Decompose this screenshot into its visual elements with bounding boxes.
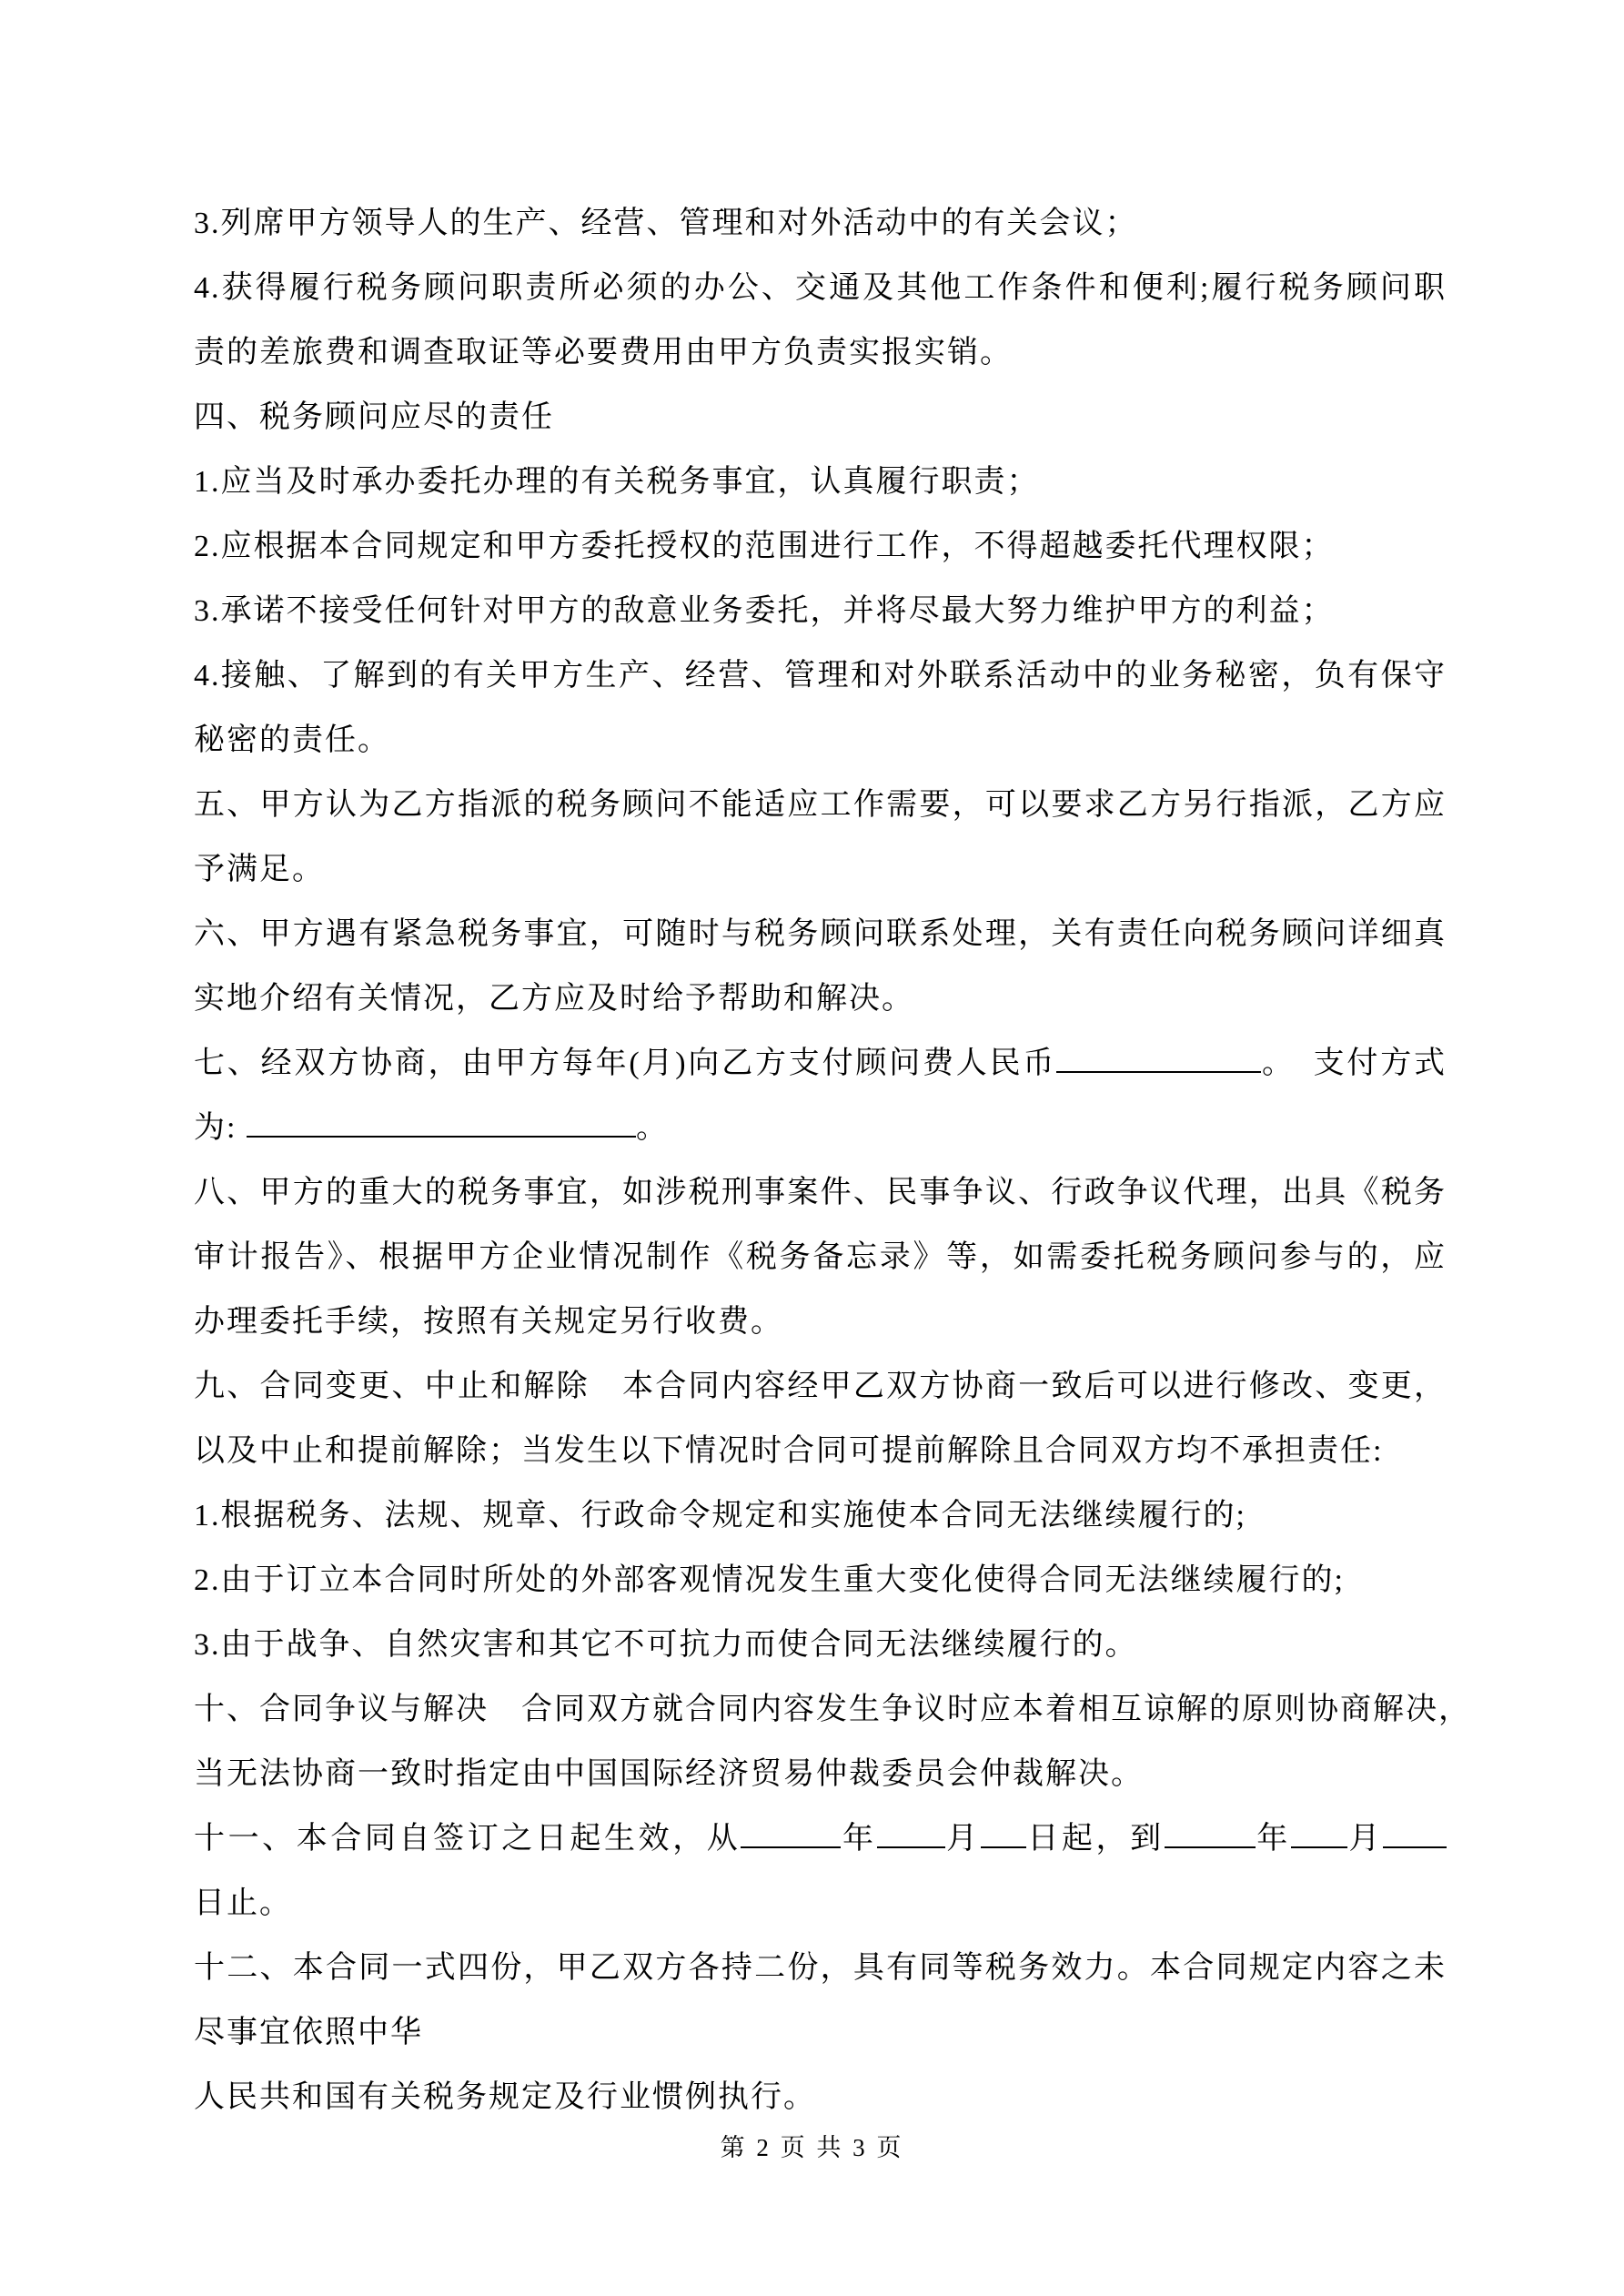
- contract-line: 1.根据税务、法规、规章、行政命令规定和实施使本合同无法继续履行的;: [194, 1483, 1447, 1548]
- contract-line: 1.应当及时承办委托办理的有关税务事宜，认真履行职责；: [194, 450, 1447, 514]
- text-run: 4.获得履行税务顾问职责所必须的办公、交通及其他工作条件和便利;履行税务顾问职: [194, 271, 1447, 305]
- text-run: 审计报告》、根据甲方企业情况制作《税务备忘录》等，如需委托税务顾问参与的，应: [194, 1240, 1447, 1274]
- text-run: 日止。: [194, 1886, 292, 1920]
- text-run: 月: [1347, 1822, 1383, 1856]
- text-run: 人民共和国有关税务规定及行业惯例执行。: [194, 2080, 816, 2114]
- contract-line: 五、甲方认为乙方指派的税务顾问不能适应工作需要，可以要求乙方另行指派，乙方应: [194, 773, 1447, 837]
- text-run: 年: [841, 1822, 876, 1856]
- page-number-footer: 第 2 页 共 3 页: [0, 2128, 1624, 2163]
- contract-page: { "page": { "background": "#ffffff", "te…: [0, 0, 1624, 2296]
- contract-line: 办理委托手续，按照有关规定另行收费。: [194, 1290, 1447, 1354]
- text-run: 。 支付方式: [1261, 1047, 1447, 1080]
- text-run: 五、甲方认为乙方指派的税务顾问不能适应工作需要，可以要求乙方另行指派，乙方应: [194, 788, 1447, 822]
- contract-line: 九、合同变更、中止和解除 本合同内容经甲乙双方协商一致后可以进行修改、变更，: [194, 1354, 1447, 1419]
- contract-line: 2.应根据本合同规定和甲方委托授权的范围进行工作，不得超越委托代理权限；: [194, 514, 1447, 579]
- contract-line: 七、经双方协商，由甲方每年(月)向乙方支付顾问费人民币。 支付方式: [194, 1031, 1447, 1096]
- contract-line: 六、甲方遇有紧急税务事宜，可随时与税务顾问联系处理，关有责任向税务顾问详细真: [194, 902, 1447, 966]
- contract-line: 予满足。: [194, 837, 1447, 902]
- contract-line: 八、甲方的重大的税务事宜，如涉税刑事案件、民事争议、行政争议代理，出具《税务: [194, 1160, 1447, 1225]
- contract-line: 4.接触、了解到的有关甲方生产、经营、管理和对外联系活动中的业务秘密，负有保守: [194, 643, 1447, 708]
- contract-line: 实地介绍有关情况，乙方应及时给予帮助和解决。: [194, 966, 1447, 1031]
- contract-line: 人民共和国有关税务规定及行业惯例执行。: [194, 2065, 1447, 2129]
- text-run: 尽事宜依照中华: [194, 2016, 423, 2049]
- blank-field: [1383, 1817, 1447, 1848]
- text-run: 3.列席甲方领导人的生产、经营、管理和对外活动中的有关会议；: [194, 207, 1138, 240]
- text-run: 为:: [194, 1111, 247, 1145]
- text-run: 十二、本合同一式四份，甲乙双方各持二份，具有同等税务效力。本合同规定内容之未: [194, 1951, 1447, 1985]
- blank-field: [247, 1107, 636, 1138]
- contract-line: 十一、本合同自签订之日起生效，从年月日起，到年月: [194, 1806, 1447, 1871]
- text-run: 月: [945, 1822, 981, 1856]
- contract-line: 3.由于战争、自然灾害和其它不可抗力而使合同无法继续履行的。: [194, 1613, 1447, 1677]
- contract-line: 尽事宜依照中华: [194, 2000, 1447, 2065]
- contract-line: 为: 。: [194, 1096, 1447, 1160]
- text-run: 十、合同争议与解决 合同双方就合同内容发生争议时应本着相互谅解的原则协商解决，: [194, 1693, 1471, 1726]
- text-run: 1.应当及时承办委托办理的有关税务事宜，认真履行职责；: [194, 465, 1040, 499]
- text-run: 以及中止和提前解除；当发生以下情况时合同可提前解除且合同双方均不承担责任:: [194, 1434, 1383, 1468]
- text-run: 3.由于战争、自然灾害和其它不可抗力而使合同无法继续履行的。: [194, 1628, 1138, 1662]
- text-run: 予满足。: [194, 853, 325, 886]
- text-run: 十一、本合同自签订之日起生效，从: [194, 1822, 741, 1856]
- contract-line: 十二、本合同一式四份，甲乙双方各持二份，具有同等税务效力。本合同规定内容之未: [194, 1936, 1447, 2000]
- blank-field: [1056, 1042, 1261, 1073]
- text-run: 2.由于订立本合同时所处的外部客观情况发生重大变化使得合同无法继续履行的;: [194, 1563, 1345, 1597]
- contract-line: 秘密的责任。: [194, 708, 1447, 773]
- contract-line: 3.列席甲方领导人的生产、经营、管理和对外活动中的有关会议；: [194, 191, 1447, 256]
- blank-field: [1291, 1817, 1347, 1848]
- text-run: 八、甲方的重大的税务事宜，如涉税刑事案件、民事争议、行政争议代理，出具《税务: [194, 1176, 1447, 1209]
- text-run: 当无法协商一致时指定由中国国际经济贸易仲裁委员会仲裁解决。: [194, 1757, 1144, 1791]
- text-run: 责的差旅费和调查取证等必要费用由甲方负责实报实销。: [194, 336, 1013, 369]
- contract-line: 4.获得履行税务顾问职责所必须的办公、交通及其他工作条件和便利;履行税务顾问职: [194, 256, 1447, 320]
- text-run: 秘密的责任。: [194, 723, 390, 757]
- text-run: 六、甲方遇有紧急税务事宜，可随时与税务顾问联系处理，关有责任向税务顾问详细真: [194, 917, 1447, 951]
- text-run: 九、合同变更、中止和解除 本合同内容经甲乙双方协商一致后可以进行修改、变更，: [194, 1370, 1447, 1403]
- contract-line: 2.由于订立本合同时所处的外部客观情况发生重大变化使得合同无法继续履行的;: [194, 1548, 1447, 1613]
- contract-line: 责的差旅费和调查取证等必要费用由甲方负责实报实销。: [194, 320, 1447, 385]
- contract-line: 审计报告》、根据甲方企业情况制作《税务备忘录》等，如需委托税务顾问参与的，应: [194, 1225, 1447, 1290]
- text-run: 四、税务顾问应尽的责任: [194, 400, 554, 434]
- blank-field: [877, 1817, 945, 1848]
- document-body: 3.列席甲方领导人的生产、经营、管理和对外活动中的有关会议；4.获得履行税务顾问…: [194, 191, 1447, 2129]
- text-run: 3.承诺不接受任何针对甲方的敌意业务委托，并将尽最大努力维护甲方的利益；: [194, 594, 1335, 628]
- text-run: 年: [1256, 1822, 1291, 1856]
- blank-field: [1165, 1817, 1256, 1848]
- contract-line: 十、合同争议与解决 合同双方就合同内容发生争议时应本着相互谅解的原则协商解决，: [194, 1677, 1447, 1742]
- contract-line: 以及中止和提前解除；当发生以下情况时合同可提前解除且合同双方均不承担责任:: [194, 1419, 1447, 1483]
- text-run: 实地介绍有关情况，乙方应及时给予帮助和解决。: [194, 982, 914, 1016]
- text-run: 日起，到: [1026, 1822, 1165, 1856]
- contract-line: 日止。: [194, 1871, 1447, 1936]
- text-run: 2.应根据本合同规定和甲方委托授权的范围进行工作，不得超越委托代理权限；: [194, 530, 1335, 563]
- blank-field: [741, 1817, 841, 1848]
- text-run: 4.接触、了解到的有关甲方生产、经营、管理和对外联系活动中的业务秘密，负有保守: [194, 659, 1447, 693]
- text-run: 七、经双方协商，由甲方每年(月)向乙方支付顾问费人民币: [194, 1047, 1056, 1080]
- contract-line: 3.承诺不接受任何针对甲方的敌意业务委托，并将尽最大努力维护甲方的利益；: [194, 579, 1447, 643]
- contract-line: 四、税务顾问应尽的责任: [194, 385, 1447, 450]
- blank-field: [981, 1817, 1026, 1848]
- text-run: 。: [636, 1111, 669, 1145]
- contract-line: 当无法协商一致时指定由中国国际经济贸易仲裁委员会仲裁解决。: [194, 1742, 1447, 1806]
- text-run: 办理委托手续，按照有关规定另行收费。: [194, 1305, 783, 1339]
- text-run: 1.根据税务、法规、规章、行政命令规定和实施使本合同无法继续履行的;: [194, 1499, 1246, 1532]
